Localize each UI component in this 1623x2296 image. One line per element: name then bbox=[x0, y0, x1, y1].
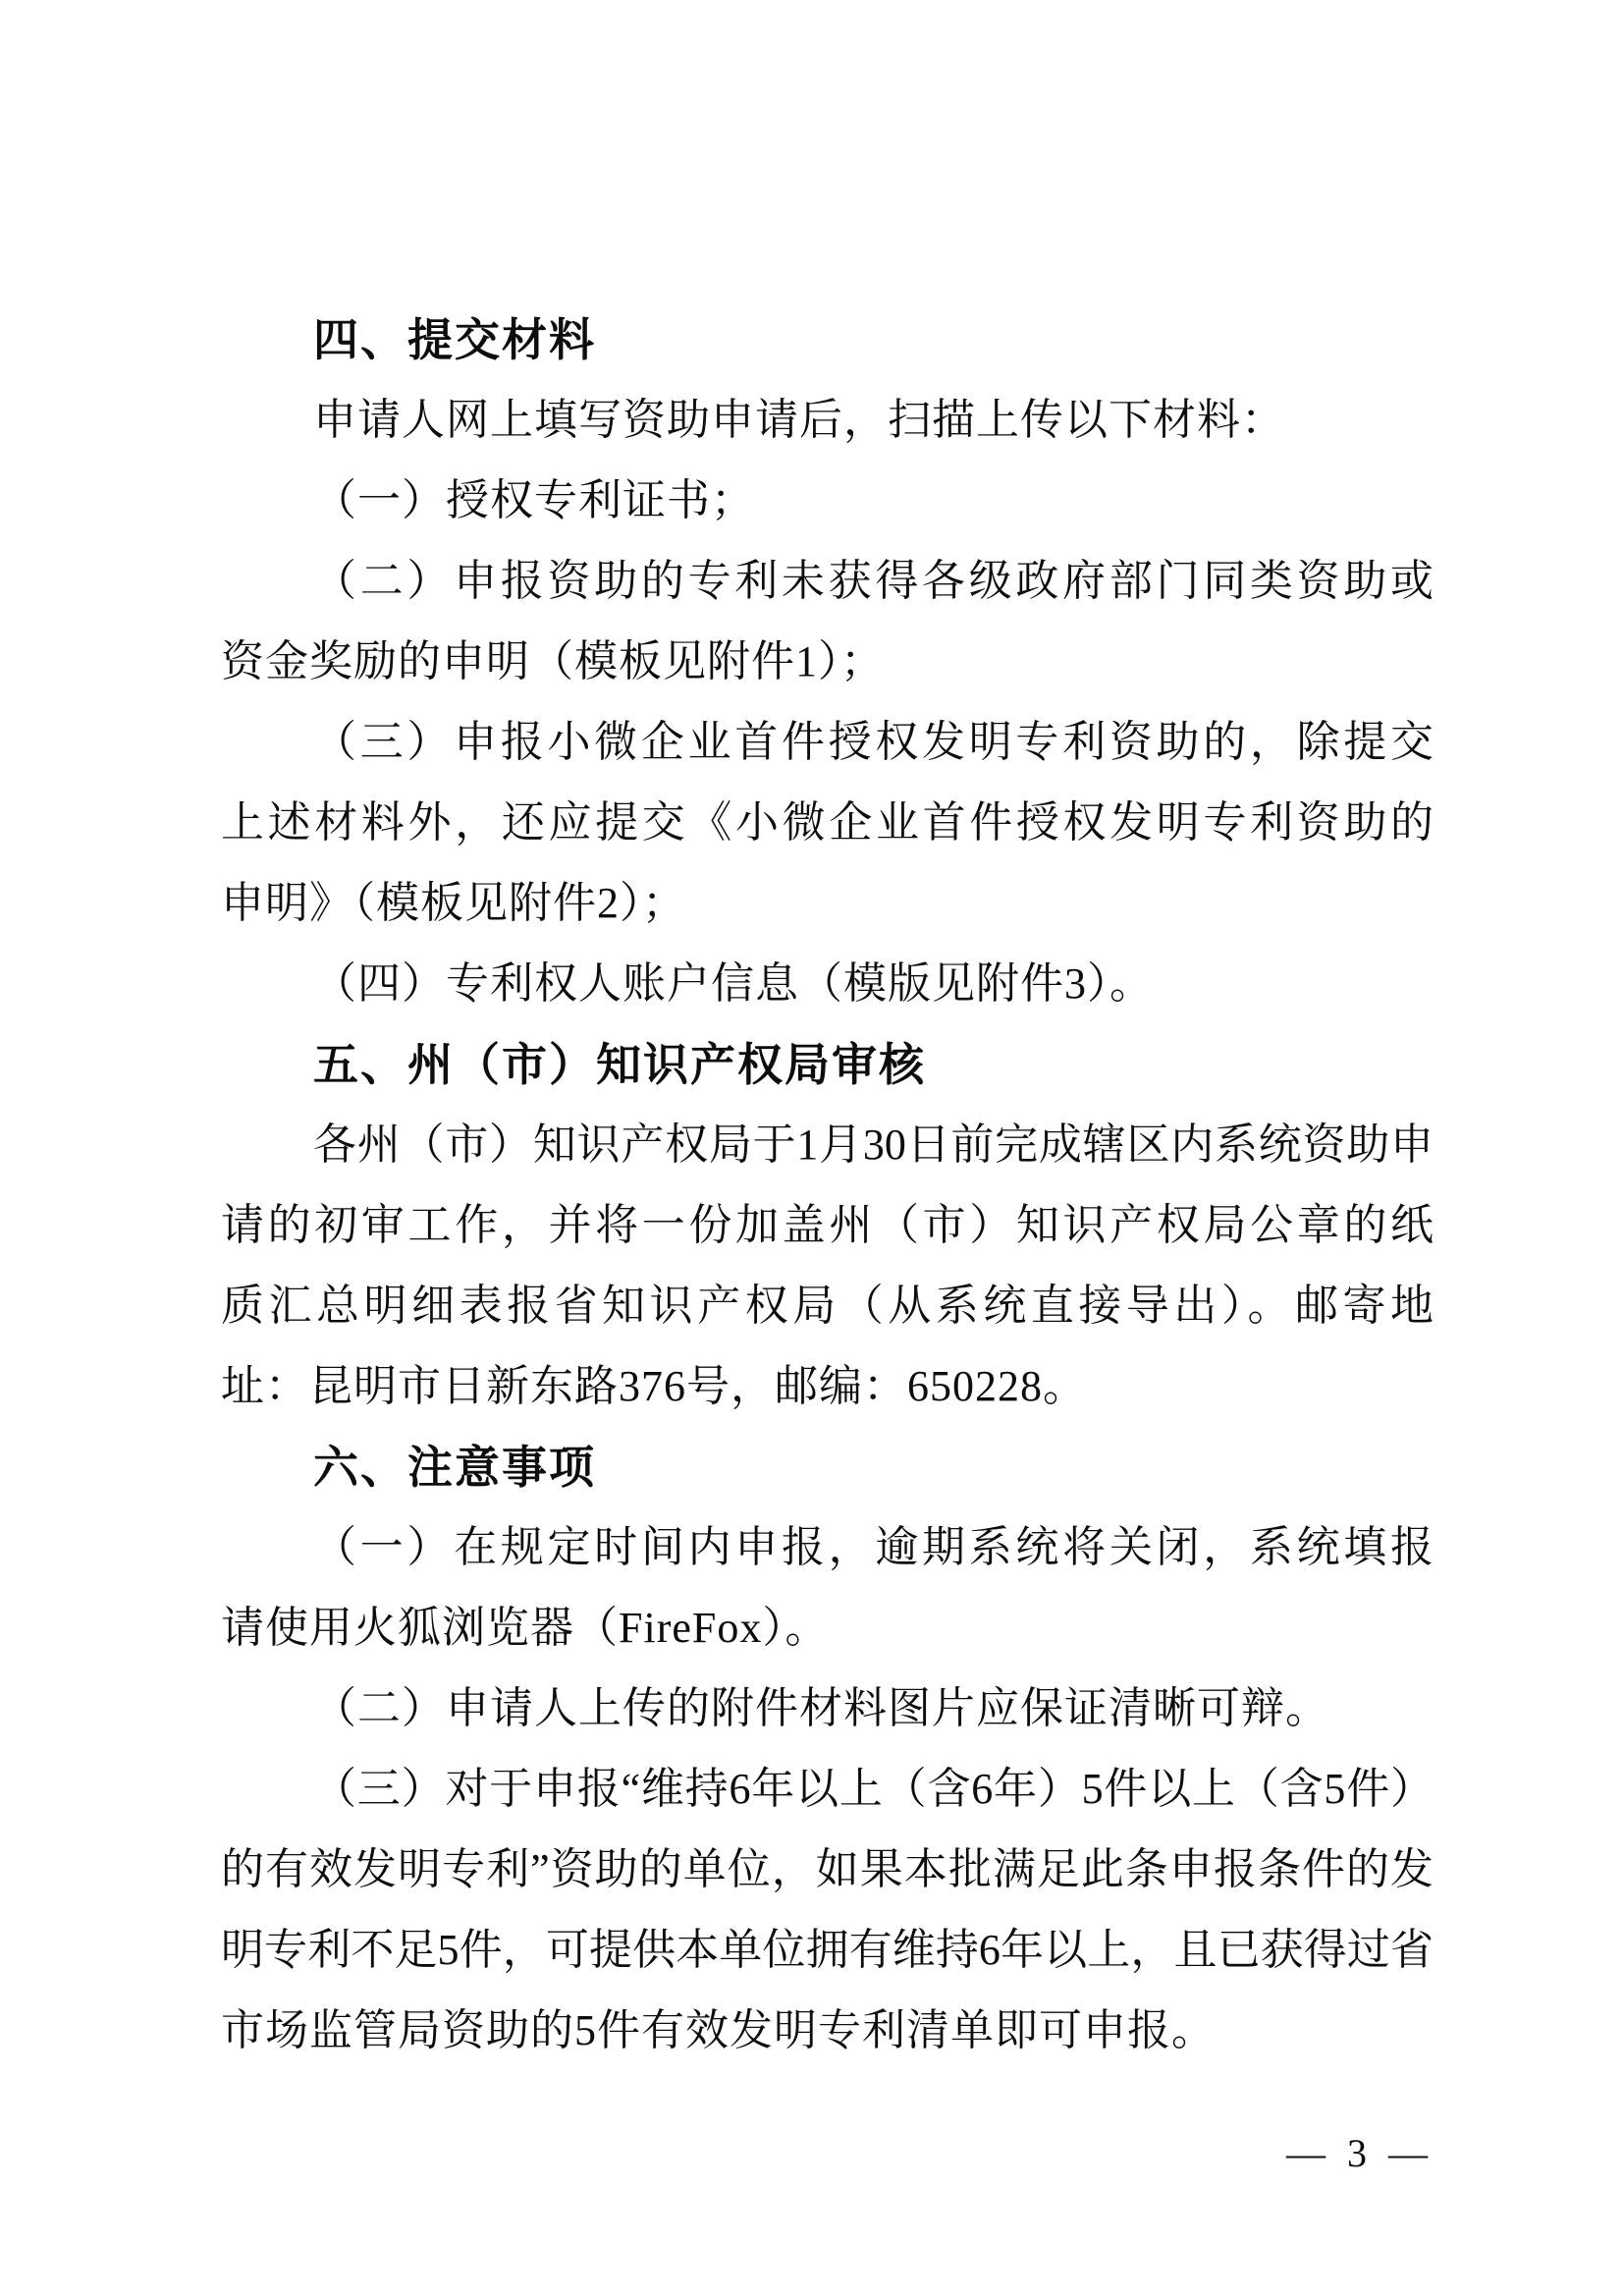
body-line: 上述材料外，还应提交《小微企业首件授权发明专利资助的 bbox=[221, 783, 1434, 863]
body-line: 申请人网上填写资助申请后，扫描上传以下材料： bbox=[221, 380, 1434, 461]
body-line: 资金奖励的申明（模板见附件1）； bbox=[221, 622, 1434, 702]
body-line: 市场监管局资助的5件有效发明专利清单即可申报。 bbox=[221, 1991, 1434, 2071]
body-line: 的有效发明专利”资助的单位，如果本批满足此条申报条件的发 bbox=[221, 1830, 1434, 1910]
body-line: （二）申请人上传的附件材料图片应保证清晰可辩。 bbox=[221, 1668, 1434, 1749]
document-page: 四、提交材料 申请人网上填写资助申请后，扫描上传以下材料： （一）授权专利证书；… bbox=[0, 0, 1623, 2296]
body-line: 质汇总明细表报省知识产权局（从系统直接导出）。邮寄地 bbox=[221, 1266, 1434, 1346]
section-heading-submit-materials: 四、提交材料 bbox=[221, 300, 1434, 380]
page-number: — 3 — bbox=[1286, 2129, 1434, 2178]
body-line: 明专利不足5件，可提供本单位拥有维持6年以上，且已获得过省 bbox=[221, 1910, 1434, 1991]
body-line: （一）在规定时间内申报，逾期系统将关闭，系统填报 bbox=[221, 1507, 1434, 1588]
body-line: 申明》（模板见附件2）； bbox=[221, 863, 1434, 944]
body-line: 请的初审工作，并将一份加盖州（市）知识产权局公章的纸 bbox=[221, 1185, 1434, 1266]
body-line: （一）授权专利证书； bbox=[221, 461, 1434, 541]
body-line: 请使用火狐浏览器（FireFox）。 bbox=[221, 1588, 1434, 1668]
body-line: （二）申报资助的专利未获得各级政府部门同类资助或 bbox=[221, 541, 1434, 622]
section-heading-notes: 六、注意事项 bbox=[221, 1427, 1434, 1507]
body-line: （四）专利权人账户信息（模版见附件3）。 bbox=[221, 944, 1434, 1024]
body-line: 址：昆明市日新东路376号，邮编：650228。 bbox=[221, 1346, 1434, 1427]
section-heading-ip-office-review: 五、州（市）知识产权局审核 bbox=[221, 1024, 1434, 1105]
body-line: 各州（市）知识产权局于1月30日前完成辖区内系统资助申 bbox=[221, 1105, 1434, 1185]
document-body: 四、提交材料 申请人网上填写资助申请后，扫描上传以下材料： （一）授权专利证书；… bbox=[221, 300, 1434, 2071]
body-line: （三）对于申报“维持6年以上（含6年）5件以上（含5件） bbox=[221, 1749, 1434, 1830]
body-line: （三）申报小微企业首件授权发明专利资助的，除提交 bbox=[221, 702, 1434, 783]
